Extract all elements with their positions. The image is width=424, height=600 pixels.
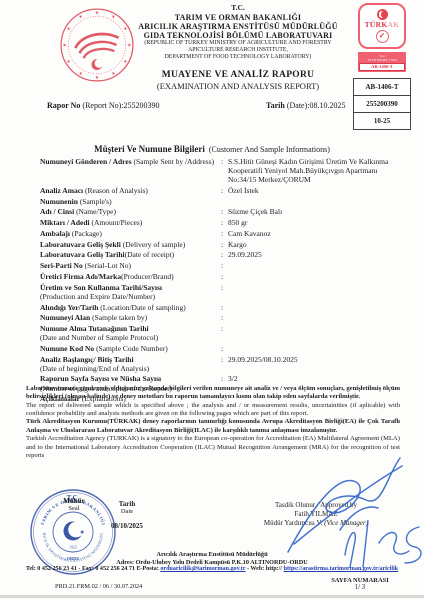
code-cell-report-no: 255200390 — [353, 95, 411, 113]
field-colon: : — [216, 218, 228, 227]
note-en-1: The report of delivered sample which is … — [26, 402, 400, 419]
turkak-accreditation-box: Test TS EN ISO/IEC 17025 AB-1406-T — [358, 52, 406, 72]
field-row: Numunenin (Sample's) — [40, 197, 396, 206]
report-no-value: (Report No):255200390 — [82, 101, 159, 110]
letterhead-institute: ARICILIK ARAŞTIRMA ENSTİTÜSÜ MÜDÜRLÜĞÜ — [118, 22, 358, 31]
field-colon: : — [216, 229, 228, 238]
field-colon: : — [216, 374, 228, 383]
note-tr-1: Laboratuvarımıza göndermiş olduğunuz yuk… — [26, 385, 400, 402]
footer-email-link[interactable]: orduaricilik@tarimorman.gov.tr — [160, 566, 245, 572]
field-row: Numune Alma Tutanağının Tarihi(Date and … — [40, 324, 396, 342]
svg-text:★: ★ — [95, 10, 99, 16]
field-label: Miktarı / Adedi (Amount/Pieces) — [40, 218, 216, 227]
note-tr-2: Türk Akreditasyon Kurumu(TÜRKAK) deney r… — [26, 418, 400, 435]
report-title-en: (EXAMINATION AND ANALYSIS REPORT) — [118, 82, 358, 92]
sign-date-block: Tarih Date 08/10/2025 — [100, 500, 154, 530]
field-label: Laboratuvara Geliş Şekli (Delivery of sa… — [40, 240, 216, 249]
field-colon: : — [216, 207, 228, 216]
field-row: Üretici Firma Adı/Marka(Producer/Brand) … — [40, 272, 396, 281]
scan-edge — [0, 595, 424, 598]
footer-web-label: - Web: http:// — [245, 566, 283, 572]
field-row: Numuneyi Alan (Sample taken by) : — [40, 313, 396, 322]
field-value: Cam Kavanoz — [228, 229, 396, 238]
page-number-value: 1/ 3 — [308, 584, 412, 591]
field-row: Numuneyi Gönderen / Adres (Sample Sent b… — [40, 157, 396, 184]
field-row: Alındığı Yer/Tarih (Location/Date of sam… — [40, 303, 396, 312]
field-value: 29.09.2025/08.10.2025 — [228, 355, 396, 364]
report-no: Rapor No (Report No):255200390 — [47, 101, 160, 110]
field-label: Üretim ve Son Kullanma Tarihi/Sayısı(Pro… — [40, 283, 216, 301]
field-colon: : — [216, 303, 228, 312]
field-value: 29.09.2025 — [228, 250, 396, 259]
report-title-tr: MUAYENE VE ANALİZ RAPORU — [118, 70, 358, 81]
field-colon: : — [216, 355, 228, 364]
field-row: Laboratuvara Geliş Tarihi(Date of receip… — [40, 250, 396, 259]
letterhead-ministry: TARIM VE ORMAN BAKANLIĞI — [118, 13, 358, 22]
field-colon: : — [216, 283, 228, 292]
section-title: Müşteri Ve Numune Bilgileri (Customer An… — [0, 139, 424, 157]
field-colon: : — [216, 240, 228, 249]
field-label: Alındığı Yer/Tarih (Location/Date of sam… — [40, 303, 216, 312]
field-label: Adı / Cinsi (Name/Type) — [40, 207, 216, 216]
page-number-label: SAYFA NUMARASI — [308, 577, 412, 584]
sample-info-table: Numuneyi Gönderen / Adres (Sample Sent b… — [40, 157, 396, 405]
field-label: Ambalajı (Package) — [40, 229, 216, 238]
letterhead-en-1: (REPUBLIC OF TURKEY MINISTRY OF AGRICULT… — [118, 40, 358, 47]
report-date-value: (Date):08.10.2025 — [287, 101, 346, 110]
field-label: Laboratuvara Geliş Tarihi(Date of receip… — [40, 250, 216, 259]
svg-text:★: ★ — [80, 529, 85, 536]
sign-date-label-tr: Tarih — [100, 500, 154, 508]
seal-label-tr: Mühür — [50, 497, 98, 505]
letterhead-lab: GIDA TEKNOLOJİSİ BÖLÜMÜ LABORATUVARI — [118, 31, 358, 40]
svg-text:★: ★ — [95, 74, 99, 80]
field-colon: : — [216, 250, 228, 259]
field-colon: : — [216, 186, 228, 195]
field-row: Laboratuvara Geliş Şekli (Delivery of sa… — [40, 240, 396, 249]
field-row: Numune Kod No (Sample Code Number) : — [40, 344, 396, 353]
field-value: 850 gr — [228, 218, 396, 227]
field-label: Üretici Firma Adı/Marka(Producer/Brand) — [40, 272, 216, 281]
field-row: Seri-Parti No (Serial-Lot No) : — [40, 261, 396, 270]
field-label: Analiz Amacı (Reason of Analysis) — [40, 186, 216, 195]
field-row: Üretim ve Son Kullanma Tarihi/Sayısı(Pro… — [40, 283, 396, 301]
field-label: Seri-Parti No (Serial-Lot No) — [40, 261, 216, 270]
turkak-accreditation: TÜRKAK ✓ Test TS EN ISO/IEC 17025 AB-140… — [352, 3, 412, 130]
report-date-label: Tarih — [266, 101, 285, 110]
turkak-accreditation-code: AB-1406-T — [359, 63, 405, 72]
field-label: Analiz Başlangıç/ Bitiş Tarihi(Date of b… — [40, 355, 216, 373]
report-date: Tarih (Date):08.10.2025 — [266, 101, 345, 110]
page-number-block: SAYFA NUMARASI 1/ 3 — [308, 577, 412, 591]
checkmark-icon: ✓ — [376, 30, 389, 43]
field-colon: : — [216, 157, 228, 166]
turkish-flag-icon — [377, 9, 388, 20]
field-row: Adı / Cinsi (Name/Type) : Süzme Çiçek Ba… — [40, 207, 396, 216]
letterhead: T.C. TARIM VE ORMAN BAKANLIĞI ARICILIK A… — [118, 4, 358, 92]
seal-label: Mühür Seal — [50, 497, 98, 512]
field-row: Analiz Başlangıç/ Bitiş Tarihi(Date of b… — [40, 355, 396, 373]
svg-text:1923: 1923 — [69, 546, 76, 550]
code-cell-period: 10-25 — [353, 112, 411, 130]
field-value: Süzme Çiçek Balı — [228, 207, 396, 216]
legal-notes: Laboratuvarımıza göndermiş olduğunuz yuk… — [26, 385, 400, 460]
field-colon: : — [216, 324, 228, 333]
turkak-box-line2: TS EN ISO/IEC 17025 — [359, 58, 405, 62]
document-code-table: AB-1406-T 255200390 10-25 — [353, 78, 411, 130]
field-label: Numuneyi Gönderen / Adres (Sample Sent b… — [40, 157, 216, 166]
signature-paraph-icon — [335, 513, 424, 571]
letterhead-en-3: DEPARTMENT OF FOOD TECHNOLOGY LABORATORY… — [118, 54, 358, 61]
field-label: Numuneyi Alan (Sample taken by) — [40, 313, 216, 322]
field-row: Miktarı / Adedi (Amount/Pieces) : 850 gr — [40, 218, 396, 227]
field-value: Kargo — [228, 240, 396, 249]
field-value: 3/2 — [228, 374, 396, 383]
footer-tel-fax: Tel: 0 452 256 23 41 - Fax: 0 452 256 24… — [26, 566, 161, 572]
section-title-en: (Customer And Sample Informations) — [209, 145, 330, 154]
turkak-wordmark: TÜRKAK — [365, 21, 400, 29]
svg-text:★: ★ — [62, 43, 68, 47]
field-colon: : — [216, 272, 228, 281]
turkak-logo-icon: TÜRKAK ✓ — [358, 3, 406, 49]
code-cell-accreditation: AB-1406-T — [353, 78, 411, 96]
report-page: ★ ★ ★ ★ ★ ★ ★ ★ ★ ★ ★ ★ T.C. TARIM VE OR… — [0, 0, 424, 600]
field-colon: : — [216, 344, 228, 353]
section-title-tr: Müşteri Ve Numune Bilgileri — [94, 144, 205, 154]
letterhead-tc: T.C. — [118, 4, 358, 13]
sign-date-label-en: Date — [100, 508, 154, 515]
field-colon: : — [216, 313, 228, 322]
field-label: Numunenin (Sample's) — [40, 197, 216, 206]
field-label: Numune Kod No (Sample Code Number) — [40, 344, 216, 353]
field-value: Özel İstek — [228, 186, 396, 195]
field-colon: : — [216, 261, 228, 270]
field-label: Numune Alma Tutanağının Tarihi(Date and … — [40, 324, 216, 342]
form-code: PRD.21.FRM.02 / 06 / 30.07.2024 — [55, 583, 142, 590]
field-value: S.S.Hitit Güneşi Kadın Girişimi Üretim V… — [228, 157, 396, 184]
seal-label-en: Seal — [50, 505, 98, 512]
report-no-label: Rapor No — [47, 101, 80, 110]
field-row: Ambalajı (Package) : Cam Kavanoz — [40, 229, 396, 238]
sign-date-value: 08/10/2025 — [100, 522, 154, 530]
field-row: Analiz Amacı (Reason of Analysis) : Özel… — [40, 186, 396, 195]
